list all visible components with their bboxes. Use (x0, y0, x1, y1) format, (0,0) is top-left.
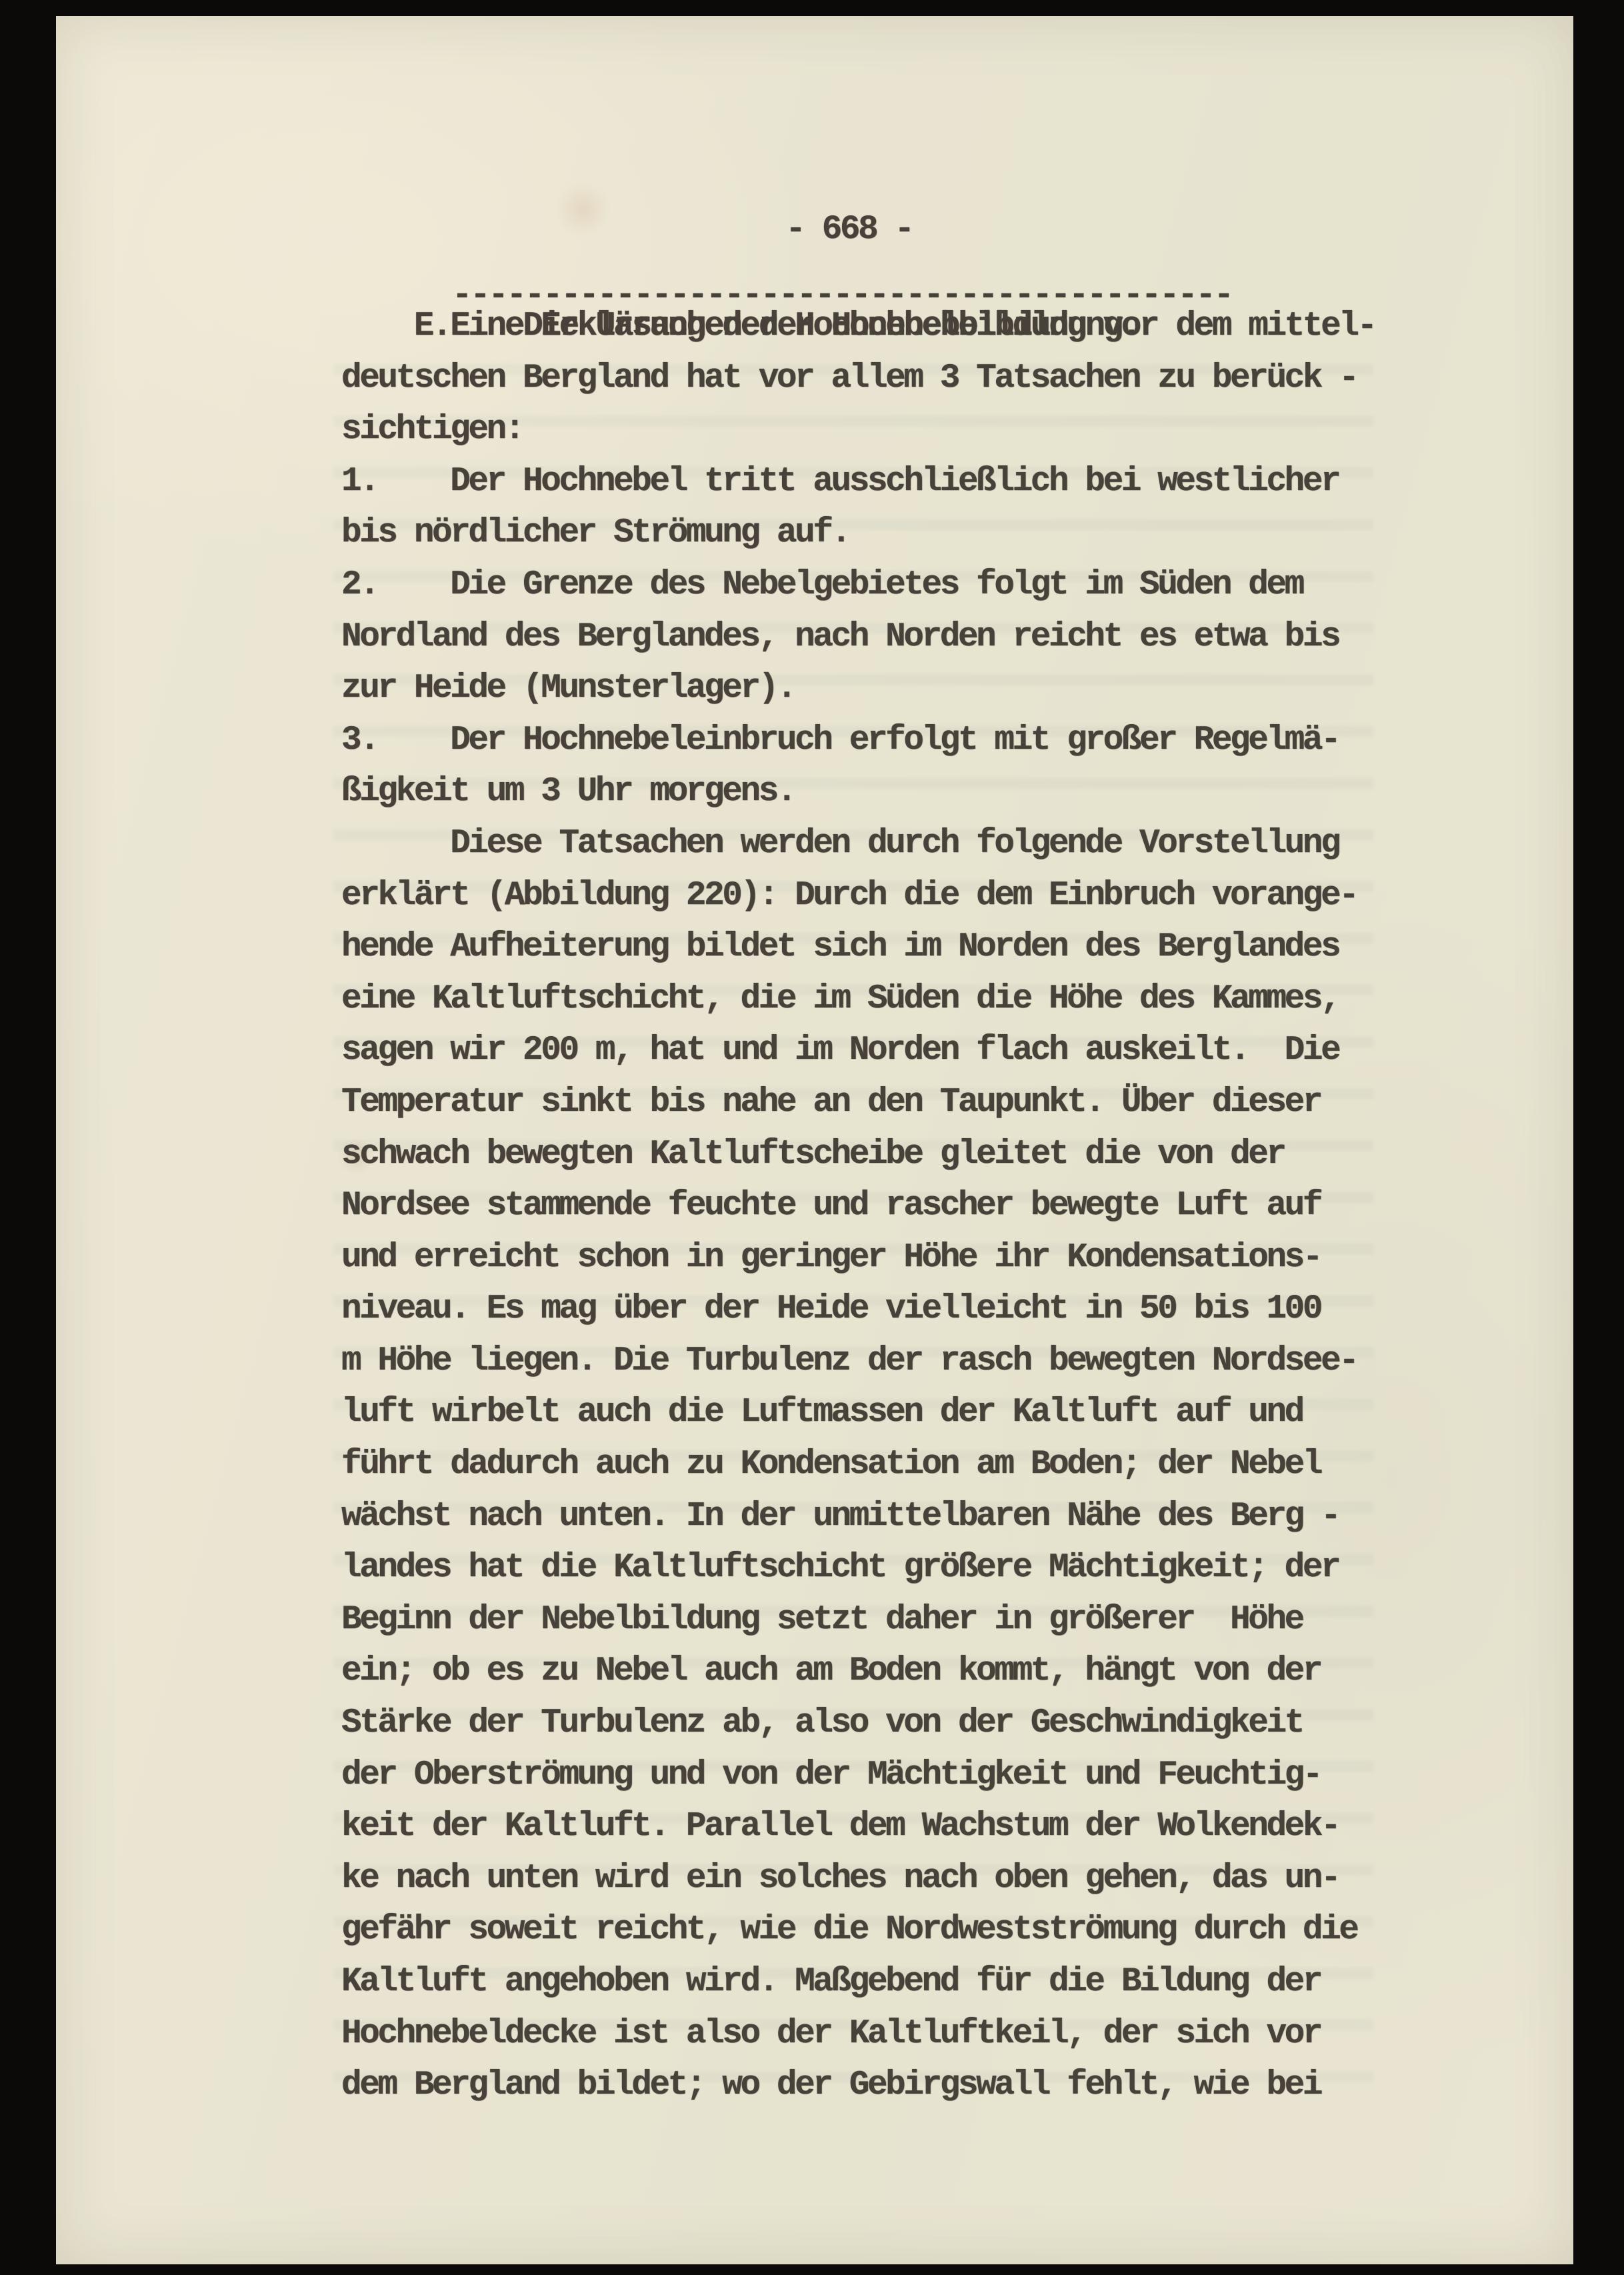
text-line: schwach bewegten Kaltluftscheibe gleitet… (341, 1129, 1381, 1181)
text-line: führt dadurch auch zu Kondensation am Bo… (341, 1439, 1381, 1491)
text-line: Nordsee stammende feuchte und rascher be… (341, 1180, 1381, 1232)
text-line: eine Kaltluftschicht, die im Süden die H… (341, 973, 1381, 1025)
text-line: erklärt (Abbildung 220): Durch die dem E… (341, 870, 1381, 922)
text-line: Stärke der Turbulenz ab, also von der Ge… (341, 1698, 1381, 1750)
text-line: Beginn der Nebelbildung setzt daher in g… (341, 1594, 1381, 1646)
text-line: ßigkeit um 3 Uhr morgens. (341, 766, 1381, 818)
text-line: Nordland des Berglandes, nach Norden rei… (341, 611, 1381, 663)
page-scan: - 668 - E.Die Ursachen der Hochnebelbild… (0, 0, 1624, 2275)
text-line: 3. Der Hochnebeleinbruch erfolgt mit gro… (341, 715, 1381, 767)
text-line: Temperatur sinkt bis nahe an den Taupunk… (341, 1077, 1381, 1129)
text-line: 1. Der Hochnebel tritt ausschließlich be… (341, 456, 1381, 508)
text-line: niveau. Es mag über der Heide vielleicht… (341, 1284, 1381, 1336)
text-line: Diese Tatsachen werden durch folgende Vo… (341, 818, 1381, 870)
text-line: deutschen Bergland hat vor allem 3 Tatsa… (341, 353, 1381, 405)
text-line: zur Heide (Munsterlager). (341, 663, 1381, 715)
text-line: landes hat die Kaltluftschicht größere M… (341, 1542, 1381, 1594)
text-line: und erreicht schon in geringer Höhe ihr … (341, 1232, 1381, 1284)
text-line: Hochnebeldecke ist also der Kaltluftkeil… (341, 2008, 1381, 2060)
text-line: hende Aufheiterung bildet sich im Norden… (341, 921, 1381, 973)
text-line: 2. Die Grenze des Nebelgebietes folgt im… (341, 559, 1381, 611)
text-line: m Höhe liegen. Die Turbulenz der rasch b… (341, 1336, 1381, 1388)
text-line: der Oberströmung und von der Mächtigkeit… (341, 1750, 1381, 1802)
text-line: dem Bergland bildet; wo der Gebirgswall … (341, 2060, 1381, 2112)
text-line: sagen wir 200 m, hat und im Norden flach… (341, 1025, 1381, 1077)
text-line: luft wirbelt auch die Luftmassen der Kal… (341, 1387, 1381, 1439)
text-line: Kaltluft angehoben wird. Maßgebend für d… (341, 1956, 1381, 2008)
text-line: gefähr soweit reicht, wie die Nordwestst… (341, 1904, 1381, 1956)
text-line: sichtigen: (341, 404, 1381, 456)
text-line: bis nördlicher Strömung auf. (341, 507, 1381, 559)
text-line: ein; ob es zu Nebel auch am Boden kommt,… (341, 1646, 1381, 1698)
text-line: Eine Erklärung der Hochnebelbildung vor … (341, 301, 1381, 353)
text-line: wächst nach unten. In der unmittelbaren … (341, 1491, 1381, 1543)
text-line: ke nach unten wird ein solches nach oben… (341, 1853, 1381, 1905)
body-text: Eine Erklärung der Hochnebelbildung vor … (341, 301, 1381, 2112)
text-line: keit der Kaltluft. Parallel dem Wachstum… (341, 1801, 1381, 1853)
